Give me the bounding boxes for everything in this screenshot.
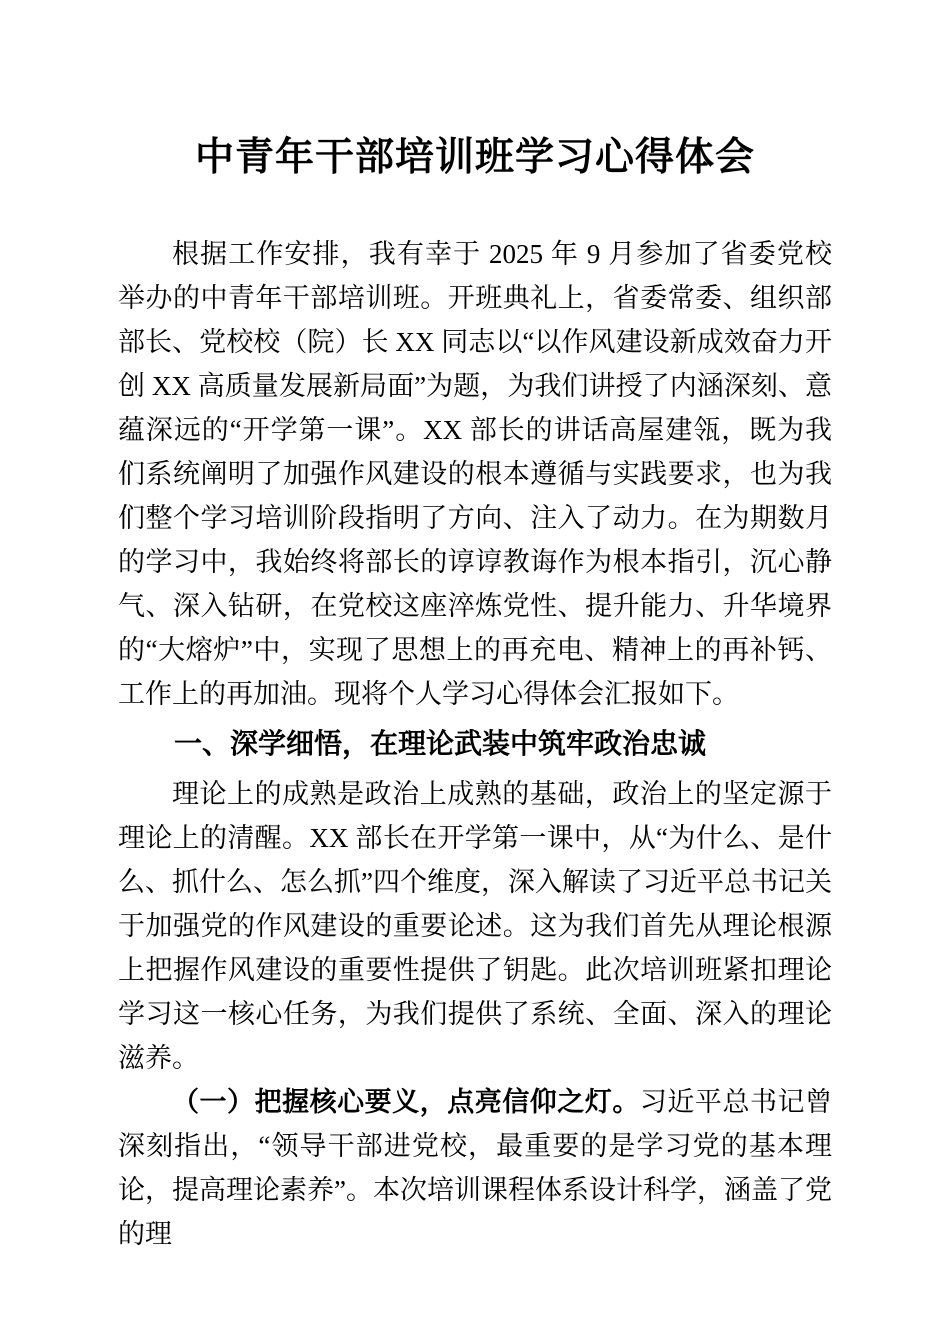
- section-1-heading: 一、深学细悟，在理论武装中筑牢政治忠诚: [118, 722, 832, 766]
- section-1-paragraph: 理论上的成熟是政治上成熟的基础，政治上的坚定源于理论上的清醒。XX 部长在开学第…: [118, 772, 832, 1080]
- subpoint-1-paragraph: （一）把握核心要义，点亮信仰之灯。习近平总书记曾深刻指出，“领导干部进党校，最重…: [118, 1080, 832, 1256]
- intro-paragraph: 根据工作安排，我有幸于 2025 年 9 月参加了省委党校举办的中青年干部培训班…: [118, 232, 832, 716]
- document-title: 中青年干部培训班学习心得体会: [118, 128, 832, 188]
- subpoint-1-lead: （一）把握核心要义，点亮信仰之灯。: [172, 1087, 640, 1117]
- section-1-paragraph-text: 理论上的成熟是政治上成熟的基础，政治上的坚定源于理论上的清醒。XX 部长在开学第…: [118, 779, 832, 1073]
- document-page: 中青年干部培训班学习心得体会 根据工作安排，我有幸于 2025 年 9 月参加了…: [0, 0, 950, 1344]
